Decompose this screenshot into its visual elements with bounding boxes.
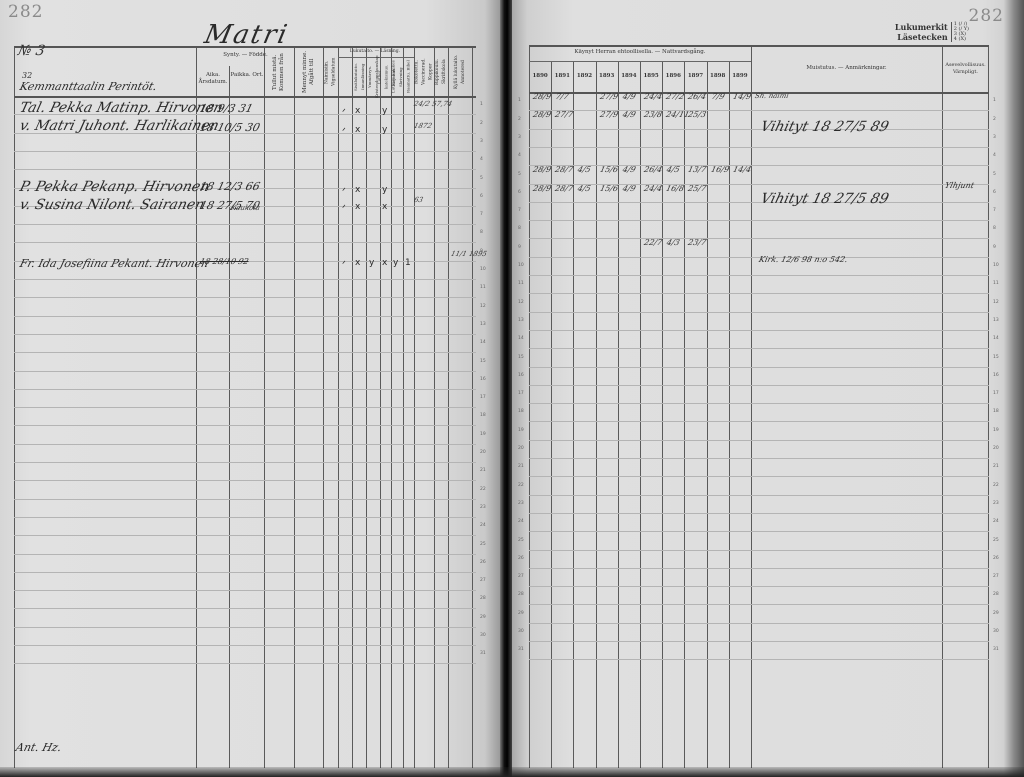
row-number: 30 (480, 633, 486, 638)
row-number: 11 (480, 285, 486, 290)
communion-date-row6-1895: 24/4 (643, 185, 659, 193)
ruled-line (529, 129, 989, 130)
ruled-line (529, 147, 989, 148)
ruled-line (14, 334, 476, 335)
year-column-divider (596, 61, 597, 768)
legend-label-fi: Lukumerkit (895, 22, 948, 32)
row-number: 24 (480, 523, 486, 528)
ruled-line (529, 440, 989, 441)
row-number: 16 (518, 373, 524, 378)
row-number: 26 (480, 560, 486, 565)
row-number: 16 (480, 377, 486, 382)
row-number: 9 (518, 245, 521, 250)
page-number-right: 282 (969, 6, 1004, 26)
communion-date-text: 4/5 (576, 185, 592, 193)
note-1: 24/2 57,74 (413, 100, 453, 108)
reading-mark-9e: 1 (405, 258, 411, 268)
row-number: 26 (993, 556, 999, 561)
row-number: 18 (480, 413, 486, 418)
row-number: 7 (518, 208, 521, 213)
birth-date-5: 18 12/3 66 (198, 180, 261, 193)
reading-mark-9b: y (369, 258, 374, 268)
row-number: 12 (993, 300, 999, 305)
row-number: 15 (480, 359, 486, 364)
communion-date-text: 22/7 (643, 239, 659, 247)
smallpox-header: Rokotettu. Vaccinerad. Koppor (415, 50, 433, 94)
page-bottom-edge (0, 767, 1024, 777)
year-column-divider (684, 61, 685, 768)
row-number: 20 (480, 450, 486, 455)
row-number: 18 (993, 409, 999, 414)
row-number: 14 (480, 340, 486, 345)
household-number: № 3 (17, 48, 45, 55)
communion-date-text: 27/9 (599, 93, 615, 101)
ruled-line (14, 279, 476, 280)
communion-date-text: 24/11 (665, 111, 681, 119)
communion-group-header: Käynyt Herran ehtoollisella. — Nattvards… (529, 49, 751, 56)
note-2: 1872 (413, 122, 433, 130)
communion-date-row9-1895: 22/7 (643, 239, 659, 247)
vacc-mark-1: ᐟ (342, 108, 346, 118)
row-number: 19 (480, 432, 486, 437)
confirmation-header: Rippikoulu. Skriftskola (435, 50, 447, 94)
communion-date-row6-1892: 4/5 (576, 185, 592, 193)
communion-date-row9-1897: 23/7 (687, 239, 703, 247)
communion-date-row1-1890: 28/9 (532, 93, 548, 101)
row-number: 3 (993, 135, 996, 140)
came-from-header: Tullut mistä. Kommen från (266, 50, 292, 94)
person-name-6: v. Susina Nilont. Sairanen (18, 197, 206, 213)
farm-name: Kemmanttaalin Perintöt. (18, 80, 158, 93)
row-number: 8 (480, 230, 483, 235)
ruled-line (14, 608, 476, 609)
row-number: 5 (518, 172, 521, 177)
reading-group-header: Lukutaito. — Läsning. (339, 48, 411, 55)
communion-date-text: 23/8 (643, 111, 659, 119)
remark-row-9: Kirk. 12/6 98 n:o 542. (758, 255, 849, 264)
communion-date-text: 4/5 (665, 166, 681, 174)
remark-row-1: Sh. naimi (754, 92, 790, 100)
communion-date-row2-1891: 27/7 (554, 111, 570, 119)
row-number: 26 (518, 556, 524, 561)
ruled-line (14, 242, 476, 243)
birth-date-header: Aika. Årsdatum. (197, 72, 229, 86)
row-number: 22 (480, 487, 486, 492)
ruled-line (529, 421, 989, 422)
communion-date-text: 27/9 (599, 111, 615, 119)
birth-date-2: 18 10/5 30 (198, 121, 261, 134)
communion-date-text: 4/9 (621, 111, 637, 119)
communion-date-row5-1896: 4/5 (665, 166, 681, 174)
ruled-line (529, 623, 989, 624)
row-number: 17 (480, 395, 486, 400)
reading-mark-1a: x (355, 106, 360, 116)
communion-date-text: 28/7 (554, 166, 570, 174)
year-header-1894: 1894 (618, 73, 640, 80)
row-number: 22 (993, 483, 999, 488)
row-number: 13 (993, 318, 999, 323)
communion-date-text: 15/6 (599, 185, 615, 193)
reading-col-5-header: Raamattu. Bibel (403, 59, 413, 95)
ruled-line (529, 220, 989, 221)
reading-mark-5b: y (382, 185, 387, 195)
row-number: 17 (993, 391, 999, 396)
communion-date-text: 4/9 (621, 93, 637, 101)
ruled-line (529, 403, 989, 404)
birth-date-1: 18 9/3 31 (198, 102, 254, 115)
ruled-line (529, 238, 989, 239)
communion-date-text: 28/9 (532, 166, 548, 174)
row-number: 27 (518, 574, 524, 579)
row-number: 8 (518, 226, 521, 231)
communion-date-row6-1897: 25/7 (687, 185, 703, 193)
communion-date-row2-1896: 24/11 (665, 111, 681, 119)
row-number: 10 (518, 263, 524, 268)
ruled-line (529, 458, 989, 459)
row-number: 7 (993, 208, 996, 213)
row-number: 19 (993, 428, 999, 433)
row-number: 30 (993, 629, 999, 634)
communion-date-row2-1894: 4/9 (621, 111, 637, 119)
row-number: 21 (480, 468, 486, 473)
communion-date-row6-1894: 4/9 (621, 185, 637, 193)
vacc-mark-5: ᐟ (342, 187, 346, 197)
row-number: 2 (518, 117, 521, 122)
moved-to-header: Mennyt minne. Afgått till (296, 50, 322, 94)
row-number: 4 (480, 157, 483, 162)
moved-date-9: 11/1 1895 (450, 250, 488, 258)
birth-place-6: Kaukola (230, 204, 261, 212)
communion-date-text: 28/9 (532, 111, 548, 119)
year-header-1891: 1891 (551, 73, 573, 80)
communion-date-row1-1891: 7/7 (554, 93, 570, 101)
ruled-line (529, 659, 989, 660)
ruled-line (14, 224, 476, 225)
ruled-line (14, 425, 476, 426)
ruled-line (14, 316, 476, 317)
ruled-line (14, 444, 476, 445)
row-number: 29 (518, 611, 524, 616)
ruled-line (14, 151, 476, 152)
right-register-table: 1122334455667788991010111112121313141415… (529, 45, 989, 768)
communion-date-row5-1895: 26/4 (643, 166, 659, 174)
military-row-5: Ylhjunt (944, 181, 975, 190)
communion-date-row1-1898: 7/9 (710, 93, 726, 101)
communion-date-row6-1891: 28/7 (554, 185, 570, 193)
row-number: 23 (518, 501, 524, 506)
row-number: 13 (518, 318, 524, 323)
communion-date-text: 24/4 (643, 93, 659, 101)
reading-col-1-header: Sisälukutaito. Innanläsning (353, 59, 365, 95)
year-header-1899: 1899 (729, 73, 751, 80)
communion-date-text: 26/4 (687, 93, 703, 101)
row-number: 18 (518, 409, 524, 414)
right-page: 282 Lukumerkit Läsetecken 1 (/ /) 2 (/ Y… (512, 0, 1024, 777)
communion-date-row1-1896: 27/2 (665, 93, 681, 101)
ruled-line (529, 568, 989, 569)
ruled-line (529, 550, 989, 551)
ruled-line (529, 495, 989, 496)
ruled-line (529, 476, 989, 477)
row-number: 20 (993, 446, 999, 451)
row-number: 30 (518, 629, 524, 634)
row-number: 15 (518, 355, 524, 360)
row-number: 10 (993, 263, 999, 268)
communion-date-row1-1899: 14/9 (732, 93, 748, 101)
row-number: 16 (993, 373, 999, 378)
ruled-line (14, 389, 476, 390)
communion-date-text: 27/7 (554, 111, 570, 119)
ruled-line (14, 169, 476, 170)
ruled-line (529, 293, 989, 294)
reading-mark-2a: x (355, 125, 360, 135)
ruled-line (529, 531, 989, 532)
address-number: 32 (22, 72, 32, 79)
ruled-line (14, 352, 476, 353)
year-column-divider (640, 61, 641, 768)
row-number: 31 (518, 647, 524, 652)
ruled-line (529, 513, 989, 514)
row-number: 4 (518, 153, 521, 158)
person-name-2: v. Matri Juhont. Harlikainen (18, 118, 221, 134)
year-header-1893: 1893 (596, 73, 618, 80)
vacc-mark-2: ᐟ (342, 127, 346, 137)
communion-date-row1-1897: 26/4 (687, 93, 703, 101)
communion-date-row5-1891: 28/7 (554, 166, 570, 174)
row-number: 31 (993, 647, 999, 652)
row-number: 1 (518, 98, 521, 103)
row-number: 25 (480, 542, 486, 547)
ruled-line (529, 165, 989, 166)
row-number: 6 (480, 194, 483, 199)
reading-mark-9d: y (393, 258, 398, 268)
communion-date-text: 13/7 (687, 166, 703, 174)
communion-date-text: 14/9 (732, 93, 748, 101)
row-number: 28 (480, 596, 486, 601)
year-header-1897: 1897 (684, 73, 706, 80)
ruled-line (529, 586, 989, 587)
row-number: 5 (480, 176, 483, 181)
communion-date-row2-1895: 23/8 (643, 111, 659, 119)
row-number: 9 (993, 245, 996, 250)
ruled-line (14, 407, 476, 408)
communion-date-row6-1893: 15/6 (599, 185, 615, 193)
communion-date-row5-1892: 4/5 (576, 166, 592, 174)
remark-row-5: Vihityt 18 27/5 89 (759, 191, 890, 207)
row-number: 21 (518, 464, 524, 469)
military-header: Asevelvollisuus. Värnpligt. (943, 62, 988, 76)
communion-date-text: 26/4 (643, 166, 659, 174)
communion-date-text: 4/5 (576, 166, 592, 174)
row-number: 19 (518, 428, 524, 433)
ruled-line (14, 499, 476, 500)
communion-date-row2-1897: 25/3 (687, 111, 703, 119)
row-number: 8 (993, 226, 996, 231)
ruled-line (529, 604, 989, 605)
row-number: 27 (993, 574, 999, 579)
year-header-1898: 1898 (707, 73, 729, 80)
final-column-header: Kyllä lukutaito. Annotered (450, 50, 470, 94)
communion-date-text: 25/3 (687, 111, 703, 119)
ruled-line (14, 535, 476, 536)
row-number: 27 (480, 578, 486, 583)
remark-row-2: Vihityt 18 27/5 89 (759, 119, 890, 135)
person-name-9: Fr. Ida Josefiina Pekant. Hirvonen (18, 257, 210, 270)
ruled-line (529, 367, 989, 368)
communion-date-row5-1897: 13/7 (687, 166, 703, 174)
row-number: 6 (993, 190, 996, 195)
communion-date-text: 7/9 (710, 93, 726, 101)
ruled-line (529, 641, 989, 642)
communion-date-text: 27/2 (665, 93, 681, 101)
row-number: 24 (518, 519, 524, 524)
communion-date-row2-1890: 28/9 (532, 111, 548, 119)
reading-mark-9c: x (382, 258, 387, 268)
reading-mark-5a: x (355, 185, 360, 195)
row-number: 23 (993, 501, 999, 506)
ruled-line (529, 110, 989, 111)
vacc-mark-9: ᐟ (342, 260, 346, 270)
communion-date-text: 4/9 (621, 166, 637, 174)
row-number: 5 (993, 172, 996, 177)
communion-date-row6-1896: 16/8 (665, 185, 681, 193)
ruled-line (529, 275, 989, 276)
communion-date-text: 28/9 (532, 185, 548, 193)
row-number: 14 (518, 336, 524, 341)
row-number: 6 (518, 190, 521, 195)
communion-date-text: 7/7 (554, 93, 570, 101)
ruled-line (14, 480, 476, 481)
row-number: 11 (518, 281, 524, 286)
ruled-line (529, 348, 989, 349)
year-header-1892: 1892 (573, 73, 595, 80)
communion-date-row5-1890: 28/9 (532, 166, 548, 174)
row-number: 10 (480, 267, 486, 272)
row-number: 20 (518, 446, 524, 451)
communion-date-row9-1896: 4/3 (665, 239, 681, 247)
birth-date-9: 18 28/10 92 (199, 257, 250, 266)
row-number: 2 (480, 121, 483, 126)
communion-date-text: 24/4 (643, 185, 659, 193)
row-number: 11 (993, 281, 999, 286)
ruled-line (14, 645, 476, 646)
row-number: 31 (480, 651, 486, 656)
row-number: 24 (993, 519, 999, 524)
communion-date-row1-1893: 27/9 (599, 93, 615, 101)
year-header-1896: 1896 (662, 73, 684, 80)
left-register-table: 1234567891011121314151617181920212223242… (14, 46, 476, 768)
person-name-1: Tal. Pekka Matinp. Hirvonen (18, 100, 225, 116)
row-number: 23 (480, 505, 486, 510)
reading-mark-9a: x (355, 258, 360, 268)
communion-date-text: 25/7 (687, 185, 703, 193)
left-page: 282 Matri 123456789101112131415161718192… (0, 0, 500, 777)
row-number: 21 (993, 464, 999, 469)
row-number: 29 (480, 615, 486, 620)
row-number: 13 (480, 322, 486, 327)
vacc-mark-6: ᐟ (342, 204, 346, 214)
reading-marks-legend: Lukumerkit Läsetecken 1 (/ /) 2 (/ Y) 3 … (895, 22, 969, 42)
communion-date-text: 4/3 (665, 239, 681, 247)
row-number: 1 (993, 98, 996, 103)
row-number: 14 (993, 336, 999, 341)
reading-mark-6b: x (382, 202, 387, 212)
ruled-line (14, 517, 476, 518)
reading-mark-6a: x (355, 202, 360, 212)
row-number: 15 (993, 355, 999, 360)
ruled-line (14, 462, 476, 463)
ruled-line (14, 572, 476, 573)
communion-date-row5-1898: 16/9 (710, 166, 726, 174)
page-number-left: 282 (8, 2, 43, 22)
ruled-line (529, 330, 989, 331)
communion-date-text: 14/4 (732, 166, 748, 174)
communion-date-row2-1893: 27/9 (599, 111, 615, 119)
note-6: 63 (413, 196, 424, 204)
ruled-line (14, 627, 476, 628)
row-number: 1 (480, 102, 483, 107)
communion-date-row5-1893: 15/6 (599, 166, 615, 174)
communion-date-text: 15/6 (599, 166, 615, 174)
row-number: 7 (480, 212, 483, 217)
year-header-1895: 1895 (640, 73, 662, 80)
communion-date-text: 16/9 (710, 166, 726, 174)
reading-mark-1b: y (382, 106, 387, 116)
communion-date-text: 4/9 (621, 185, 637, 193)
birth-place-header: Paikka. Ort. (230, 72, 264, 79)
footer-signature: Ant. Hz. (14, 741, 63, 754)
row-number: 12 (480, 304, 486, 309)
ruled-line (529, 184, 989, 185)
communion-date-text: 23/7 (687, 239, 703, 247)
communion-date-row1-1894: 4/9 (621, 93, 637, 101)
communion-date-row5-1894: 4/9 (621, 166, 637, 174)
ruled-line (14, 590, 476, 591)
row-number: 3 (518, 135, 521, 140)
year-header-1890: 1890 (529, 73, 551, 80)
row-number: 2 (993, 117, 996, 122)
ruled-line (14, 663, 476, 664)
legend-code-4: 4 (X) (954, 37, 969, 42)
row-number: 3 (480, 139, 483, 144)
communion-date-row6-1890: 28/9 (532, 185, 548, 193)
row-number: 28 (518, 592, 524, 597)
row-number: 25 (993, 538, 999, 543)
row-number: 28 (993, 592, 999, 597)
communion-date-row5-1899: 14/4 (732, 166, 748, 174)
communion-date-text: 28/7 (554, 185, 570, 193)
reading-mark-2b: y (382, 125, 387, 135)
communion-date-text: 28/9 (532, 93, 548, 101)
row-number: 12 (518, 300, 524, 305)
book-gutter (500, 0, 512, 777)
person-name-5: P. Pekka Pekanp. Hirvonen (18, 179, 211, 195)
communion-date-row1-1895: 24/4 (643, 93, 659, 101)
ruled-line (14, 297, 476, 298)
ruled-line (529, 385, 989, 386)
legend-label-sv: Läsetecken (895, 32, 948, 42)
communion-date-text: 16/8 (665, 185, 681, 193)
row-number: 29 (993, 611, 999, 616)
row-number: 22 (518, 483, 524, 488)
remarks-header: Muistutus. — Anmärkningar. (751, 65, 942, 72)
row-number: 17 (518, 391, 524, 396)
ruled-line (14, 371, 476, 372)
row-number: 4 (993, 153, 996, 158)
row-number: 25 (518, 538, 524, 543)
reading-col-4-header: Kirjoitus. Skrivning (392, 59, 402, 95)
ruled-line (14, 554, 476, 555)
